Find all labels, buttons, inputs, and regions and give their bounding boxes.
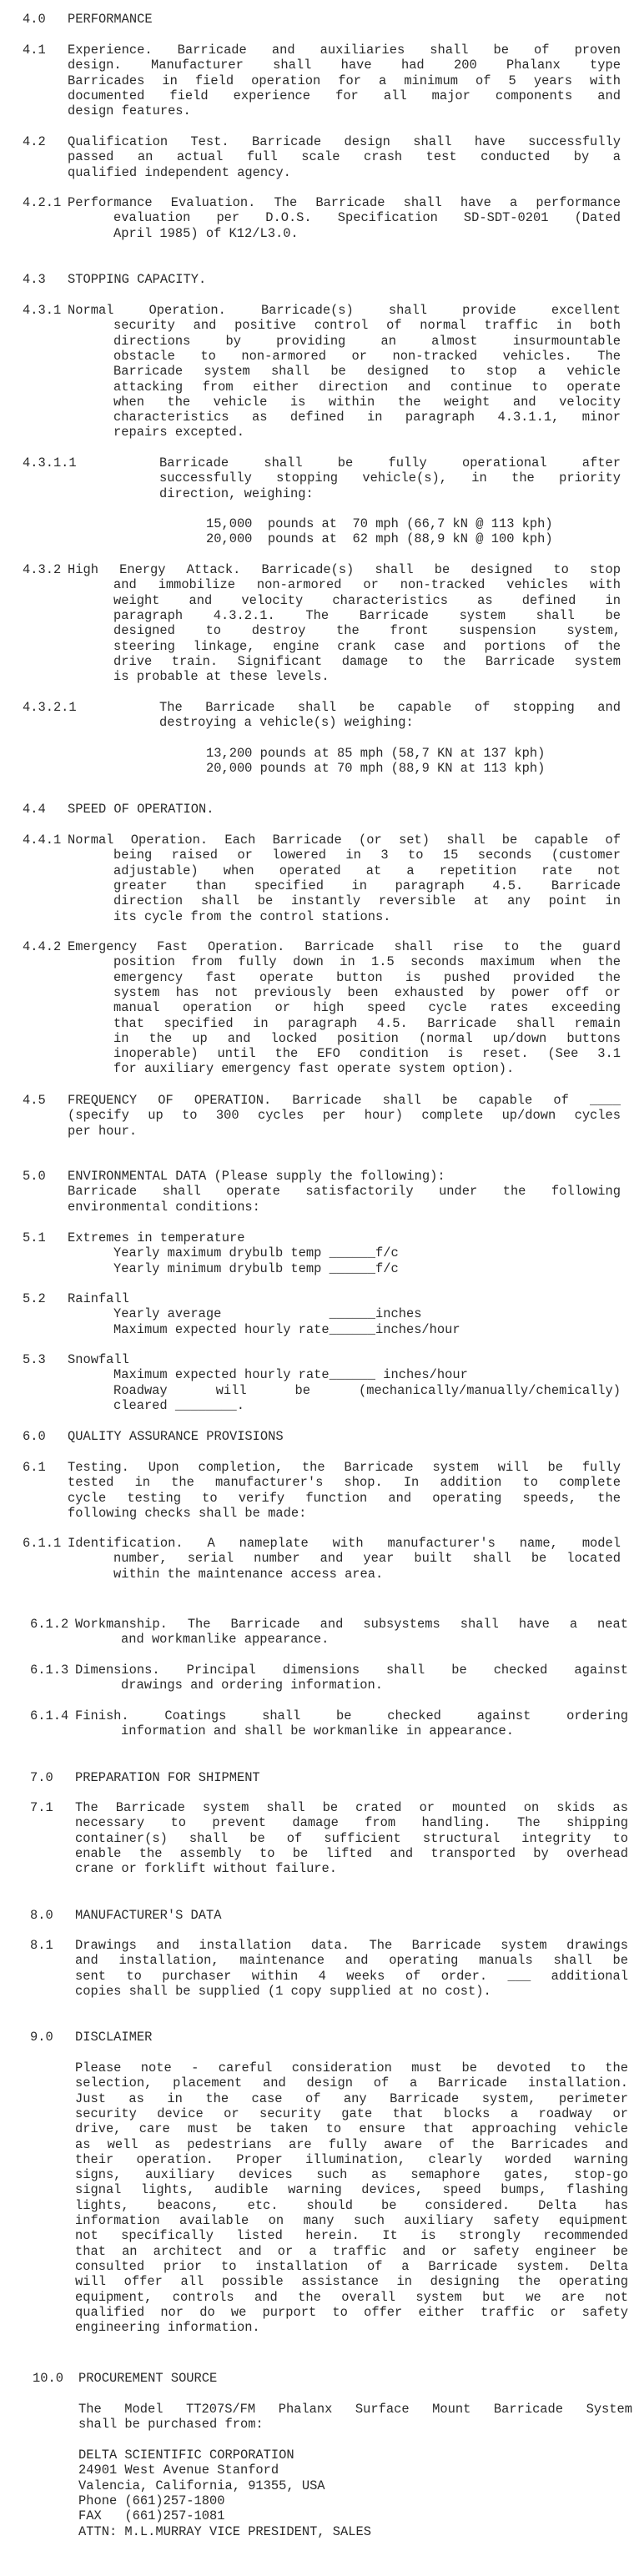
text-line: is probable at these levels. [113,669,330,684]
text-line: cycle testing to verify function and ope… [68,1491,621,1506]
text-line: steering linkage, engine crank case and … [113,639,621,654]
text-line: enable the assembly to be lifted and tra… [75,1846,628,1861]
text-line: per hour. [68,1124,137,1139]
text-line: selection, placement and design of a Bar… [75,2075,628,2090]
text-line: FAX (661)257-1081 [78,2508,224,2523]
text-line: Phone (661)257-1800 [78,2493,224,2508]
section-number: 8.0 [30,1908,53,1923]
section-heading-line: Testing. Upon completion, the Barricade … [68,1460,621,1475]
text-line: characteristics as defined in paragraph … [113,410,621,425]
text-line: drawings and ordering information. [121,1678,383,1693]
section-heading-line: Normal Operation. Barricade(s) shall pro… [68,303,621,318]
text-line: when the vehicle is within the weight an… [113,395,621,410]
section-number: 4.3.2 [23,562,61,577]
section-number: 4.3.2.1 [23,700,77,715]
text-line: following checks shall be made: [68,1506,306,1521]
text-line: (specify up to 300 cycles per hour) comp… [68,1108,621,1123]
text-line: lights, beacons, etc. should be consider… [75,2198,628,2213]
section-heading-line: Finish. Coatings shall be checked agains… [75,1708,628,1723]
text-line: DELTA SCIENTIFIC CORPORATION [78,2448,294,2463]
text-line: number, serial number and year built sha… [113,1551,621,1566]
text-line: 15,000 pounds at 70 mph (66,7 kN @ 113 k… [206,516,553,531]
text-line: not specifically listed herein. It is st… [75,2228,628,2243]
section-number: 6.1.4 [30,1708,68,1723]
section-number: 4.3.1.1 [23,455,77,470]
text-line: The Model TT207S/FM Phalanx Surface Moun… [78,2402,632,2417]
section-heading-line: The Barricade shall be capable of stoppi… [159,700,621,715]
text-line: 20,000 pounds at 62 mph (88,9 kN @ 100 k… [206,531,553,546]
text-line: that an architect and or a traffic and o… [75,2244,628,2259]
text-line: Barricade system shall be designed to st… [113,364,621,379]
text-line: Roadway will be (mechanically/manually/c… [113,1383,621,1398]
text-line: Maximum expected hourly rate______inches… [113,1322,460,1337]
text-line: system has not previously been exhausted… [113,985,621,1000]
section-heading-line: Identification. A nameplate with manufac… [68,1536,621,1551]
text-line: design. Manufacturer shall have had 200 … [68,58,621,73]
section-heading-line: STOPPING CAPACITY. [68,272,206,287]
text-line: cleared ________. [113,1398,244,1413]
section-heading-line: Emergency Fast Operation. Barricade shal… [68,939,621,954]
section-heading-line: Dimensions. Principal dimensions shall b… [75,1663,628,1678]
section-heading-line: Normal Operation. Each Barricade (or set… [68,833,621,848]
text-line: qualified independent agency. [68,165,291,180]
section-heading-line: Snowfall [68,1352,129,1367]
text-line: position from fully down in 1.5 seconds … [113,954,621,969]
text-line: Yearly average ______inches [113,1306,421,1321]
text-line: its cycle from the control stations. [113,909,391,924]
text-line: information and shall be workmanlike in … [121,1723,514,1738]
section-heading-line: ENVIRONMENTAL DATA (Please supply the fo… [68,1169,445,1184]
section-number: 4.2.1 [23,195,61,210]
text-line: Yearly maximum drybulb temp ______f/c [113,1245,399,1260]
text-line: paragraph 4.3.2.1. The Barricade system … [113,608,621,623]
text-line: April 1985) of K12/L3.0. [113,226,299,241]
section-number: 10.0 [33,2371,63,2386]
text-line: information available on many such auxil… [75,2213,628,2228]
section-number: 7.1 [30,1800,53,1815]
section-number: 7.0 [30,1770,53,1785]
text-line: environmental conditions: [68,1200,260,1215]
section-number: 6.1.2 [30,1617,68,1632]
text-line: adjustable) when operated at a repetitio… [113,863,621,878]
text-line: inoperable) until the EFO condition is r… [113,1046,621,1061]
section-number: 5.3 [23,1352,46,1367]
section-number: 4.5 [23,1093,46,1108]
section-number: 6.0 [23,1429,46,1444]
text-line: being raised or lowered in 3 to 15 secon… [113,848,621,863]
text-line: 20,000 pounds at 70 mph (88,9 KN at 113 … [206,761,545,776]
text-line: Valencia, California, 91355, USA [78,2478,325,2493]
section-heading-line: FREQUENCY OF OPERATION. Barricade shall … [68,1093,621,1108]
text-line: directions by providing an almost insurm… [113,334,621,349]
text-line: in the up and locked position (normal up… [113,1031,621,1046]
text-line: documented field experience for all majo… [68,88,621,103]
text-line: within the maintenance access area. [113,1567,383,1582]
text-line: attacking from either direction and cont… [113,380,621,395]
text-line: evaluation per D.O.S. Specification SD-S… [113,210,621,225]
text-line: repairs excepted. [113,425,244,440]
text-line: signal lights, audible warning devices, … [75,2182,628,2197]
text-line: Just as in the case of any Barricade sys… [75,2091,628,2106]
text-line: tested in the manufacturer's shop. In ad… [68,1475,621,1490]
text-line: weight and velocity characteristics as d… [113,593,621,608]
text-line: Please note - careful consideration must… [75,2060,628,2075]
text-line: and installation, maintenance and operat… [75,1953,628,1968]
text-line: 24901 West Avenue Stanford [78,2463,279,2478]
text-line: crane or forklift without failure. [75,1861,337,1876]
text-line: equipment, controls and the overall syst… [75,2290,628,2305]
text-line: and immobilize non-armored or non-tracke… [113,577,621,592]
section-heading-line: PREPARATION FOR SHIPMENT [75,1770,260,1785]
section-heading-line: PROCUREMENT SOURCE [78,2371,217,2386]
section-number: 6.1.3 [30,1663,68,1678]
text-line: container(s) shall be of sufficient stru… [75,1831,628,1846]
text-line: qualified nor do we purport to offer eit… [75,2305,628,2320]
section-heading-line: Barricade shall be fully operational aft… [159,455,621,470]
section-number: 9.0 [30,2030,53,2045]
section-number: 4.4.1 [23,833,61,848]
text-line: Barricade shall operate satisfactorily u… [68,1184,621,1199]
section-heading-line: QUALITY ASSURANCE PROVISIONS [68,1429,284,1444]
text-line: ATTN: M.L.MURRAY VICE PRESIDENT, SALES [78,2524,371,2539]
text-line: engineering information. [75,2320,260,2335]
section-heading-line: Drawings and installation data. The Barr… [75,1938,628,1953]
text-line: emergency fast operate button is pushed … [113,970,621,985]
section-heading-line: DISCLAIMER [75,2030,152,2045]
text-line: destroying a vehicle(s) weighing: [159,715,414,730]
section-heading-line: Extremes in temperature [68,1230,244,1245]
text-line: 13,200 pounds at 85 mph (58,7 KN at 137 … [206,746,545,761]
section-heading-line: The Barricade system shall be crated or … [75,1800,628,1815]
text-line: copies shall be supplied (1 copy supplie… [75,1984,491,1999]
text-line: their operation. Proper illumination, cl… [75,2152,628,2167]
section-heading-line: Qualification Test. Barricade design sha… [68,134,621,149]
text-line: shall be purchased from: [78,2417,264,2432]
section-heading-line: PERFORMANCE [68,12,153,27]
section-number: 4.3.1 [23,303,61,318]
text-line: Yearly minimum drybulb temp ______f/c [113,1261,399,1276]
section-heading-line: Performance Evaluation. The Barricade sh… [68,195,621,210]
text-line: consulted prior to installation of a Bar… [75,2259,628,2274]
text-line: sent to purchaser within 4 weeks of orde… [75,1969,628,1984]
text-line: signs, auxiliary devices such as semapho… [75,2167,628,2182]
text-line: Maximum expected hourly rate______ inche… [113,1367,468,1382]
text-line: and workmanlike appearance. [121,1632,329,1647]
text-line: obstacle to non-armored or non-tracked v… [113,349,621,364]
text-line: successfully stopping vehicle(s), in the… [159,470,621,486]
section-number: 5.2 [23,1291,46,1306]
section-heading-line: Experience. Barricade and auxiliaries sh… [68,43,621,58]
text-line: will offer all possible assistance in de… [75,2274,628,2289]
text-line: drive, care must be taken to ensure that… [75,2121,628,2136]
section-heading-line: MANUFACTURER'S DATA [75,1908,221,1923]
text-line: necessary to prevent damage from handlin… [75,1815,628,1830]
section-number: 4.4.2 [23,939,61,954]
text-line: direction, weighing: [159,486,314,501]
section-heading-line: High Energy Attack. Barricade(s) shall b… [68,562,621,577]
text-line: designed to destroy the front suspension… [113,623,621,638]
text-line: as well as pedestrians are fully aware o… [75,2137,628,2152]
section-number: 5.1 [23,1230,46,1245]
text-line: security device or security gate that bl… [75,2106,628,2121]
text-line: Barricades in field operation for a mini… [68,73,621,88]
section-number: 6.1 [23,1460,46,1475]
section-number: 4.1 [23,43,46,58]
section-number: 4.4 [23,802,46,817]
text-line: manual operation or high speed cycle rat… [113,1000,621,1015]
section-heading-line: SPEED OF OPERATION. [68,802,214,817]
section-heading-line: Workmanship. The Barricade and subsystem… [75,1617,628,1632]
text-line: that specified in paragraph 4.5. Barrica… [113,1016,621,1031]
text-line: greater than specified in paragraph 4.5.… [113,878,621,893]
text-line: security and positive control of normal … [113,318,621,333]
text-line: passed an actual full scale crash test c… [68,149,621,164]
section-number: 6.1.1 [23,1536,61,1551]
section-number: 4.0 [23,12,46,27]
section-number: 4.2 [23,134,46,149]
text-line: for auxiliary emergency fast operate sys… [113,1061,514,1076]
section-number: 4.3 [23,272,46,287]
section-number: 5.0 [23,1169,46,1184]
text-line: direction shall be instantly reversible … [113,893,621,908]
section-number: 8.1 [30,1938,53,1953]
text-line: drive train. Significant damage to the B… [113,654,621,669]
section-heading-line: Rainfall [68,1291,129,1306]
text-line: design features. [68,103,191,118]
